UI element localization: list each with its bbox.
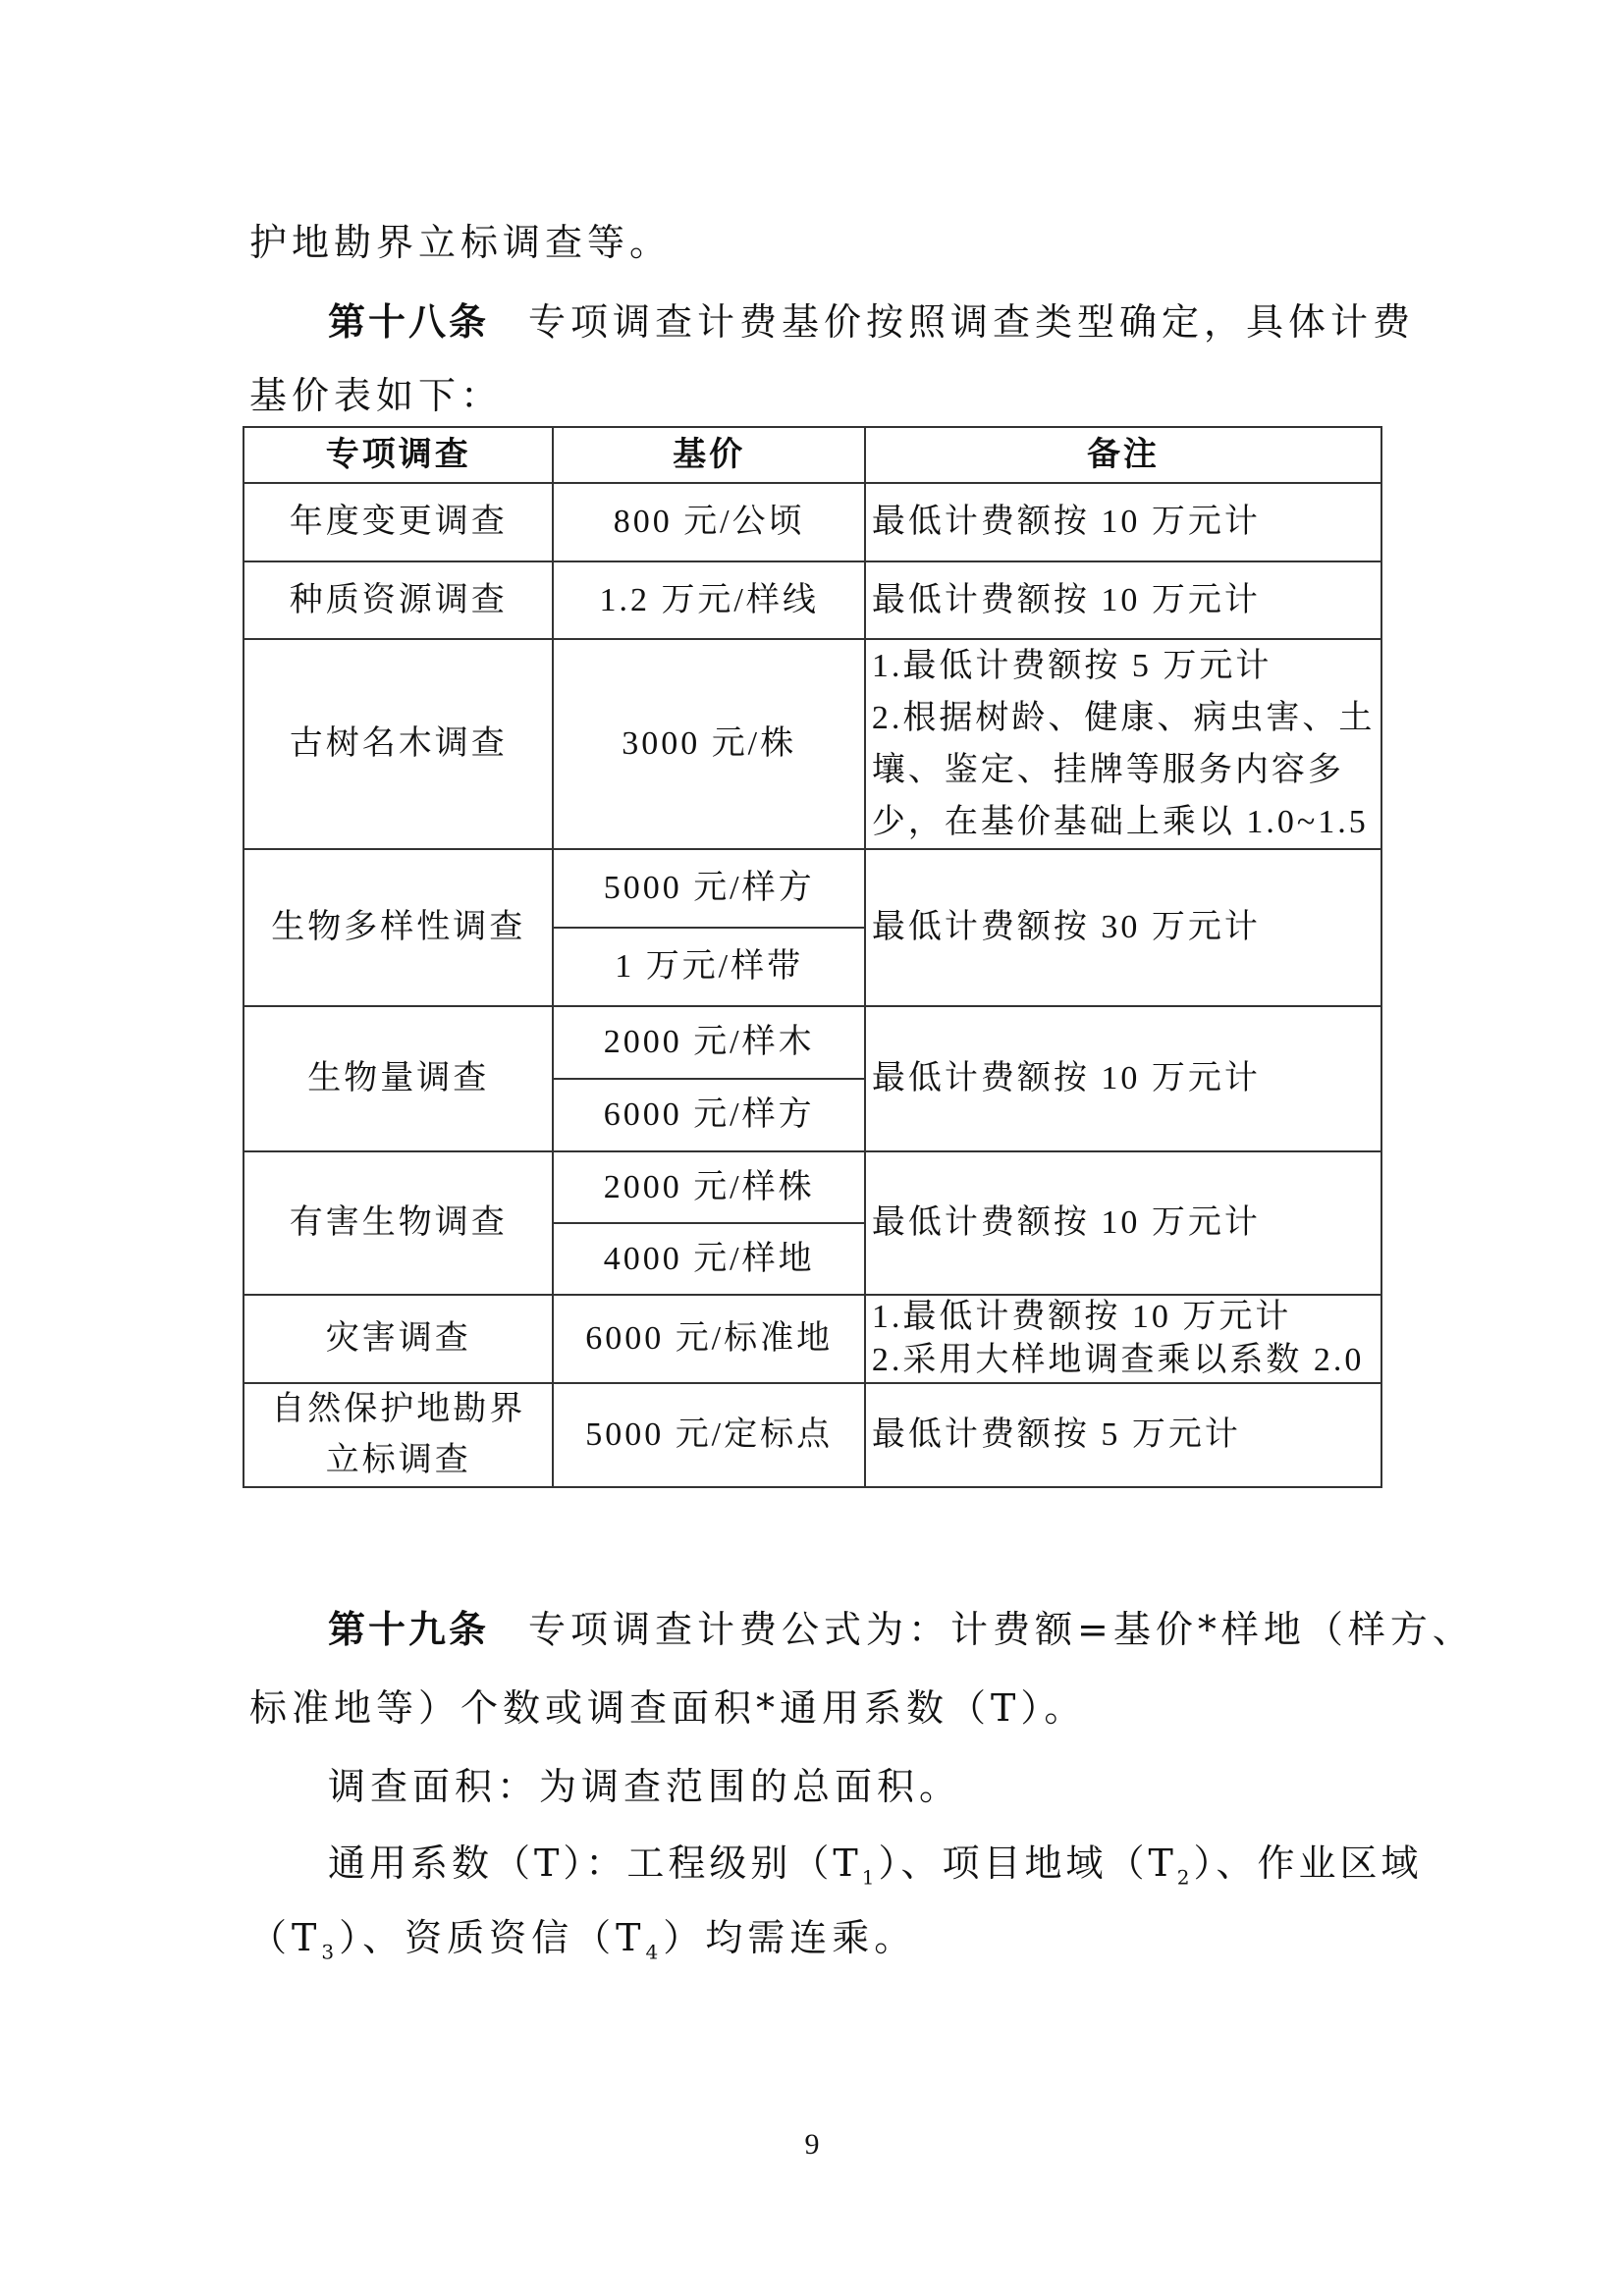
article-18-continuation: 基价表如下： <box>249 372 503 419</box>
cell-note: 最低计费额按 10 万元计 <box>865 483 1381 561</box>
text: ）、作业区域 <box>1194 1842 1423 1885</box>
cell-price: 6000 元/标准地 <box>553 1295 864 1383</box>
note-line: 2.根据树龄、健康、病虫害、土壤、鉴定、挂牌等服务内容多少，在基价基础上乘以 1… <box>872 692 1380 848</box>
header-base-price: 基价 <box>553 427 864 483</box>
cell-type: 种质资源调查 <box>244 561 553 639</box>
cell-note: 最低计费额按 5 万元计 <box>865 1383 1381 1487</box>
text: ）、项目地域（T <box>878 1842 1176 1885</box>
cell-price: 3000 元/株 <box>553 639 864 849</box>
note-line: 1.最低计费额按 5 万元计 <box>872 640 1380 692</box>
header-survey-type: 专项调查 <box>244 427 553 483</box>
area-definition: 调查面积：为调查范围的总面积。 <box>328 1763 961 1810</box>
page-number: 9 <box>0 2128 1624 2162</box>
subscript: 3 <box>321 1941 339 1964</box>
table-row: 古树名木调查 3000 元/株 1.最低计费额按 5 万元计 2.根据树龄、健康… <box>244 639 1381 849</box>
cell-note: 最低计费额按 30 万元计 <box>865 849 1381 1006</box>
cell-note: 最低计费额按 10 万元计 <box>865 1151 1381 1295</box>
table-row: 有害生物调查 2000 元/样株 最低计费额按 10 万元计 <box>244 1151 1381 1223</box>
coefficient-definition: 通用系数（T）：工程级别（T1）、项目地域（T2）、作业区域 <box>328 1840 1423 1901</box>
cell-type: 古树名木调查 <box>244 639 553 849</box>
article-19: 第十九条专项调查计费公式为：计费额=基价*样地（样方、 <box>328 1606 1475 1653</box>
cell-price: 1 万元/样带 <box>553 928 864 1006</box>
table-row: 年度变更调查 800 元/公顷 最低计费额按 10 万元计 <box>244 483 1381 561</box>
text: ）均需连乘。 <box>663 1916 916 1959</box>
article-19-label: 第十九条 <box>328 1607 489 1651</box>
table-header-row: 专项调查 基价 备注 <box>244 427 1381 483</box>
cell-note: 1.最低计费额按 10 万元计 2.采用大样地调查乘以系数 2.0 <box>865 1295 1381 1383</box>
cell-type: 有害生物调查 <box>244 1151 553 1295</box>
cell-type: 年度变更调查 <box>244 483 553 561</box>
paragraph-continuation: 护地勘界立标调查等。 <box>249 219 672 266</box>
article-18: 第十八条专项调查计费基价按照调查类型确定，具体计费 <box>328 298 1415 346</box>
cell-type: 自然保护地勘界立标调查 <box>244 1383 553 1487</box>
cell-type: 生物量调查 <box>244 1006 553 1151</box>
table-row: 生物多样性调查 5000 元/样方 最低计费额按 30 万元计 <box>244 849 1381 928</box>
cell-price: 5000 元/样方 <box>553 849 864 928</box>
cell-price: 4000 元/样地 <box>553 1223 864 1295</box>
text: ）、资质资信（T <box>339 1916 645 1959</box>
cell-note: 最低计费额按 10 万元计 <box>865 561 1381 639</box>
article-19-continuation: 标准地等）个数或调查面积*通用系数（T）。 <box>249 1684 1086 1732</box>
text: 通用系数（T）：工程级别（T <box>328 1842 862 1885</box>
cell-price: 6000 元/样方 <box>553 1079 864 1151</box>
subscript: 4 <box>645 1941 663 1964</box>
cell-note: 最低计费额按 10 万元计 <box>865 1006 1381 1151</box>
cell-price: 5000 元/定标点 <box>553 1383 864 1487</box>
article-18-text: 专项调查计费基价按照调查类型确定，具体计费 <box>528 300 1415 344</box>
cell-note: 1.最低计费额按 5 万元计 2.根据树龄、健康、病虫害、土壤、鉴定、挂牌等服务… <box>865 639 1381 849</box>
cell-type: 灾害调查 <box>244 1295 553 1383</box>
note-line: 1.最低计费额按 10 万元计 <box>872 1296 1380 1339</box>
fee-base-table: 专项调查 基价 备注 年度变更调查 800 元/公顷 最低计费额按 10 万元计… <box>243 426 1382 1488</box>
article-19-text: 专项调查计费公式为：计费额=基价*样地（样方、 <box>528 1608 1475 1651</box>
coefficient-definition-continuation: （T3）、资质资信（T4）均需连乘。 <box>249 1914 916 1976</box>
cell-price: 2000 元/样木 <box>553 1006 864 1079</box>
header-remarks: 备注 <box>865 427 1381 483</box>
table-row: 自然保护地勘界立标调查 5000 元/定标点 最低计费额按 5 万元计 <box>244 1383 1381 1487</box>
subscript: 2 <box>1177 1866 1194 1890</box>
table-row: 灾害调查 6000 元/标准地 1.最低计费额按 10 万元计 2.采用大样地调… <box>244 1295 1381 1383</box>
cell-price: 2000 元/样株 <box>553 1151 864 1223</box>
subscript: 1 <box>862 1866 879 1890</box>
text: （T <box>249 1916 321 1959</box>
table-row: 种质资源调查 1.2 万元/样线 最低计费额按 10 万元计 <box>244 561 1381 639</box>
article-18-label: 第十八条 <box>328 299 489 344</box>
cell-price: 800 元/公顷 <box>553 483 864 561</box>
table-row: 生物量调查 2000 元/样木 最低计费额按 10 万元计 <box>244 1006 1381 1079</box>
cell-price: 1.2 万元/样线 <box>553 561 864 639</box>
note-line: 2.采用大样地调查乘以系数 2.0 <box>872 1339 1380 1382</box>
cell-type: 生物多样性调查 <box>244 849 553 1006</box>
